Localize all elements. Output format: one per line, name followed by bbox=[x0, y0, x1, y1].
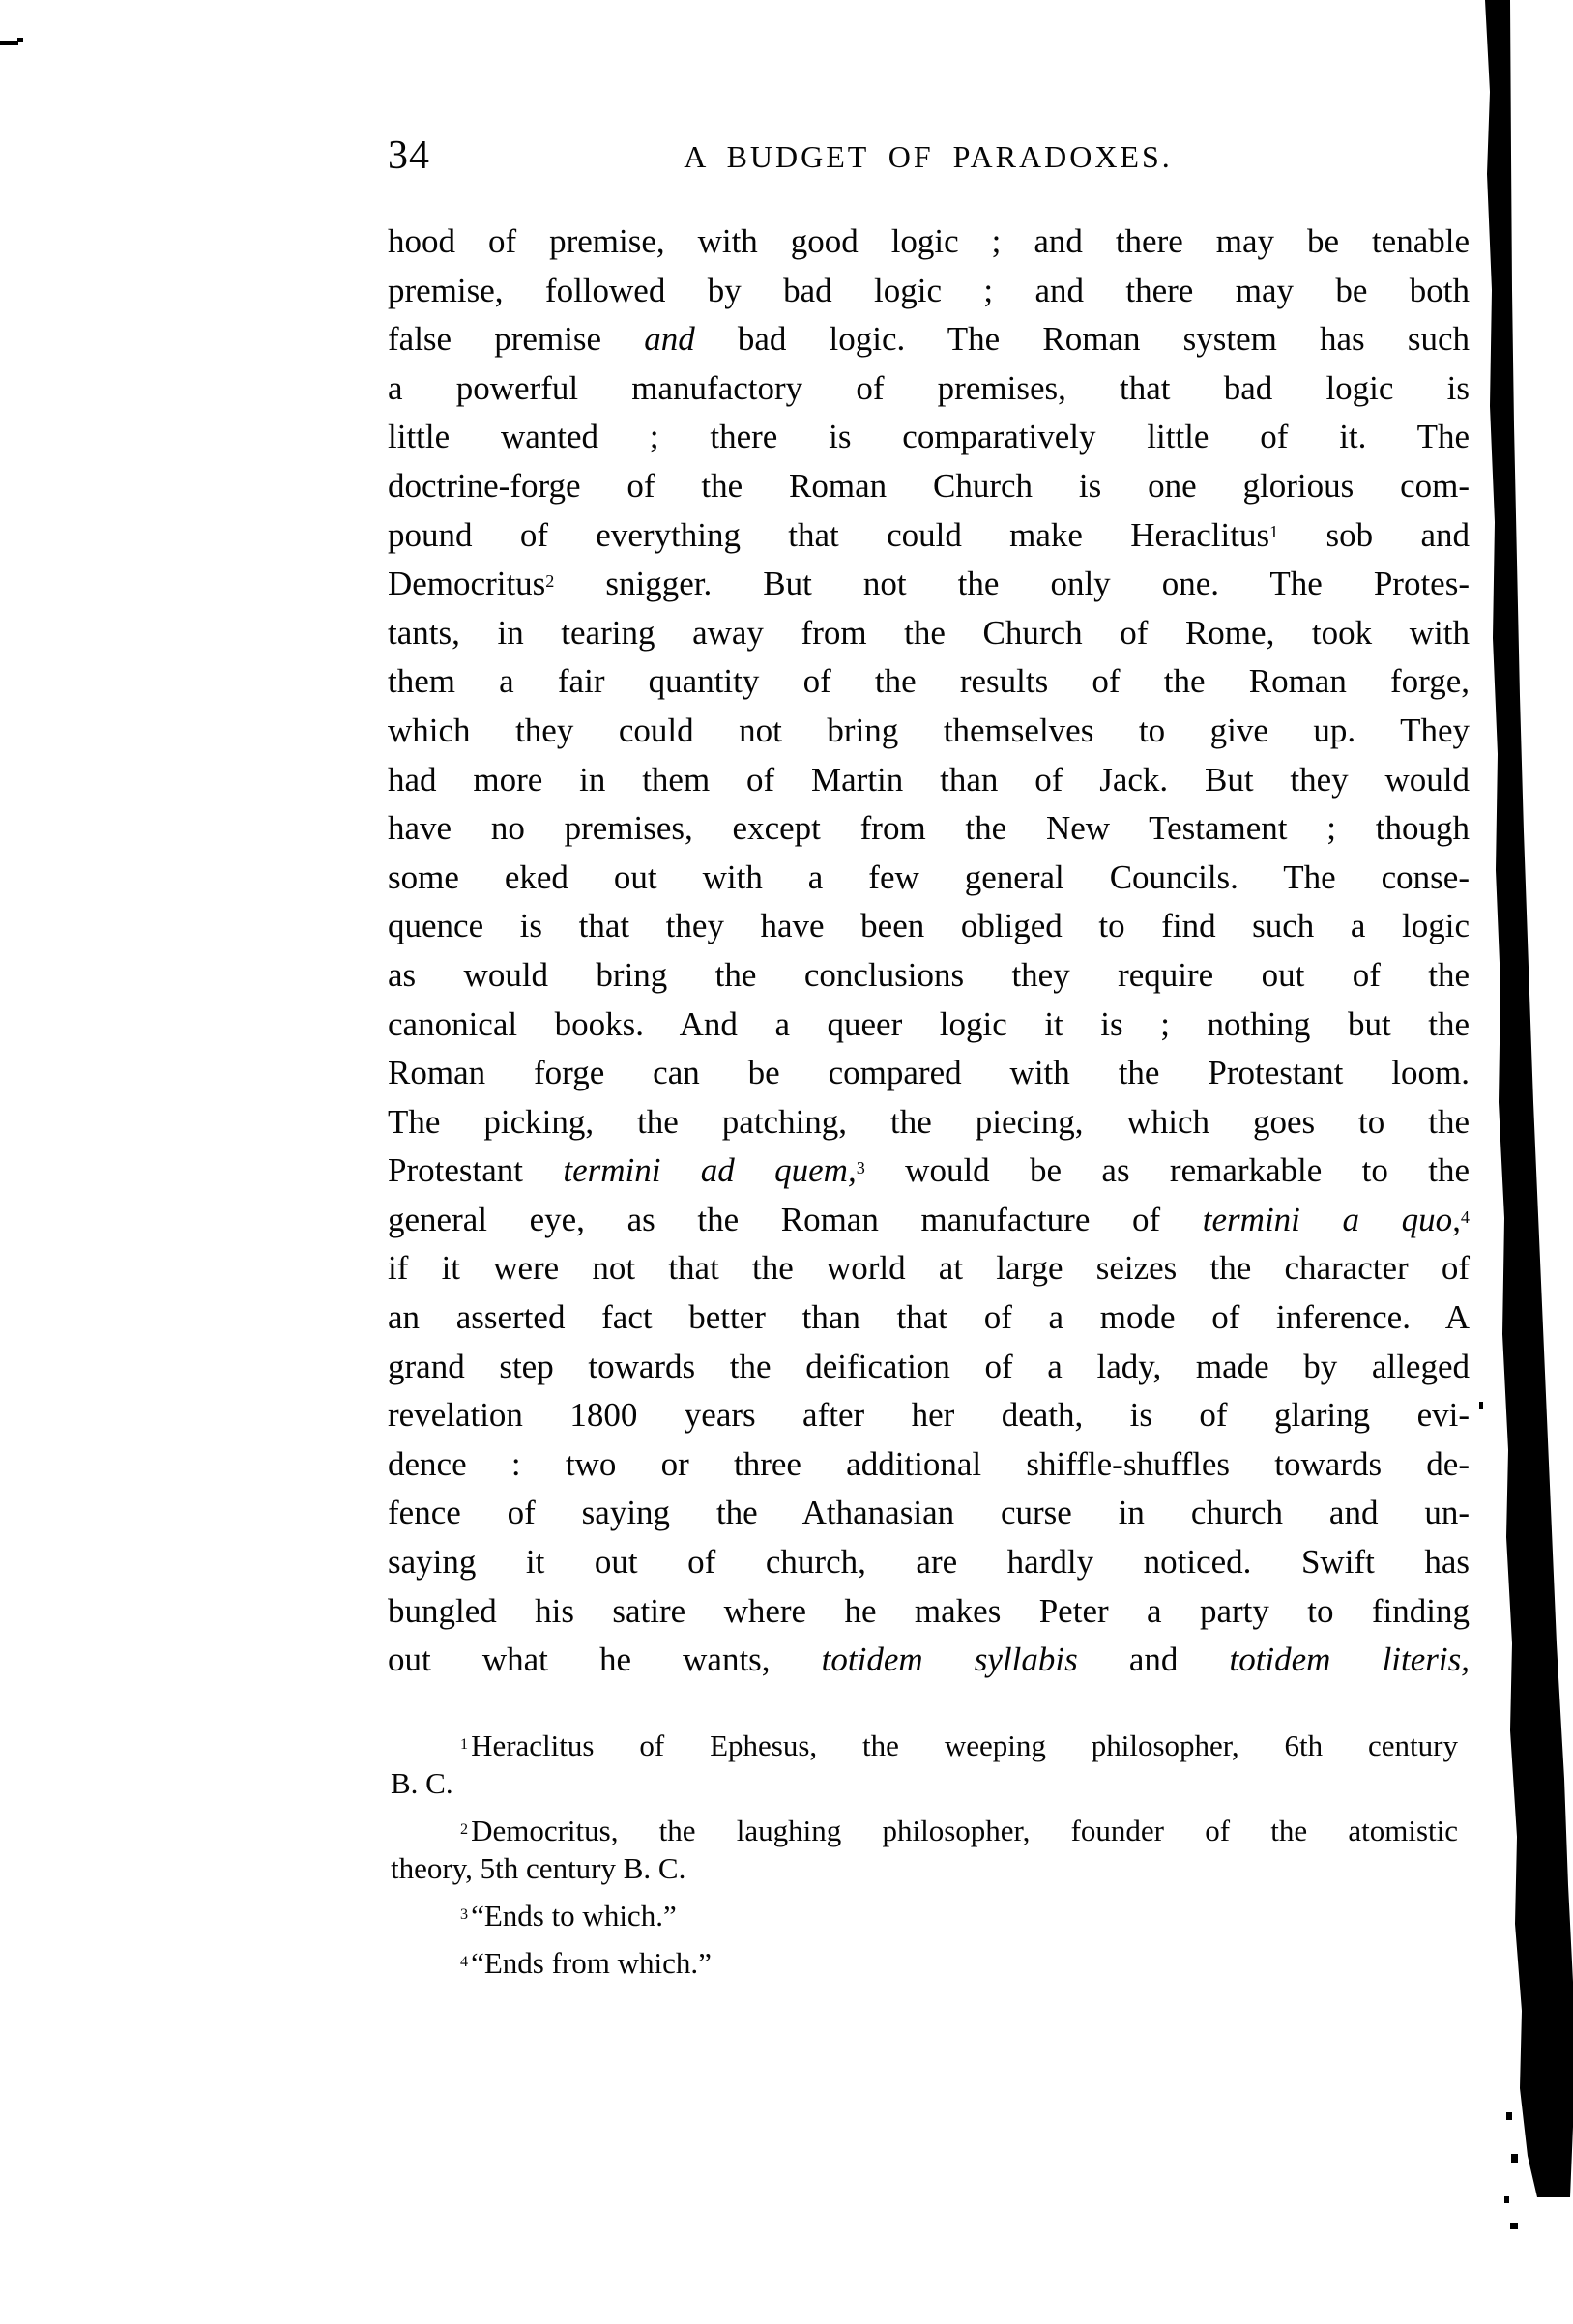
footnote-first-line: 4“Ends from which.” bbox=[391, 1944, 1458, 1982]
body-line: false premise and bad logic. The Roman s… bbox=[388, 315, 1470, 364]
body-line: them a fair quantity of the results of t… bbox=[388, 657, 1470, 707]
footnotes: 1Heraclitus of Ephesus, the weeping phil… bbox=[391, 1727, 1458, 1991]
footnote-first-line: 1Heraclitus of Ephesus, the weeping phil… bbox=[391, 1727, 1458, 1764]
footnote-marker: 4 bbox=[460, 1954, 468, 1970]
body-line: Protestant termini ad quem,3 would be as… bbox=[388, 1147, 1470, 1196]
footnote-second-line: theory, 5th century B. C. bbox=[391, 1849, 1458, 1887]
scan-mark-top-left bbox=[17, 38, 23, 42]
body-line: Roman forge can be compared with the Pro… bbox=[388, 1049, 1470, 1098]
body-line: tants, in tearing away from the Church o… bbox=[388, 609, 1470, 658]
running-header: A BUDGET OF PARADOXES. bbox=[387, 141, 1470, 172]
scan-mark-top-left bbox=[0, 41, 18, 45]
body-line: fence of saying the Athanasian curse in … bbox=[388, 1489, 1470, 1538]
footnote-marker: 3 bbox=[460, 1906, 468, 1923]
footnote: 4“Ends from which.” bbox=[391, 1944, 1458, 1982]
body-line: out what he wants, totidem syllabis and … bbox=[388, 1636, 1470, 1685]
body-line: hood of premise, with good logic ; and t… bbox=[388, 218, 1470, 267]
body-line: pound of everything that could make Hera… bbox=[388, 511, 1470, 561]
footnote-first-line: 3“Ends to which.” bbox=[391, 1897, 1458, 1934]
footnote: 2Democritus, the laughing philosopher, f… bbox=[391, 1812, 1458, 1887]
body-line: a powerful manufactory of premises, that… bbox=[388, 364, 1470, 414]
footnote-marker: 2 bbox=[460, 1821, 468, 1838]
body-text: hood of premise, with good logic ; and t… bbox=[388, 218, 1470, 1685]
scan-gutter-bar bbox=[1485, 0, 1573, 2197]
scan-speck bbox=[1510, 2223, 1518, 2229]
body-line: have no premises, except from the New Te… bbox=[388, 804, 1470, 854]
footnote: 3“Ends to which.” bbox=[391, 1897, 1458, 1934]
body-line: The picking, the patching, the piecing, … bbox=[388, 1098, 1470, 1147]
scan-speck bbox=[1511, 2154, 1518, 2163]
footnote-first-line: 2Democritus, the laughing philosopher, f… bbox=[391, 1812, 1458, 1849]
body-line: saying it out of church, are hardly noti… bbox=[388, 1538, 1470, 1587]
body-line: had more in them of Martin than of Jack.… bbox=[388, 756, 1470, 805]
body-line: bungled his satire where he makes Peter … bbox=[388, 1587, 1470, 1637]
body-line: quence is that they have been obliged to… bbox=[388, 902, 1470, 951]
scanned-book-page: 34 A BUDGET OF PARADOXES. hood of premis… bbox=[0, 0, 1573, 2324]
body-line: doctrine-forge of the Roman Church is on… bbox=[388, 462, 1470, 511]
scan-speck bbox=[1479, 1402, 1483, 1409]
body-line: as would bring the conclusions they requ… bbox=[388, 951, 1470, 1001]
body-line: an asserted fact better than that of a m… bbox=[388, 1293, 1470, 1343]
body-line: if it were not that the world at large s… bbox=[388, 1244, 1470, 1293]
footnote: 1Heraclitus of Ephesus, the weeping phil… bbox=[391, 1727, 1458, 1802]
body-line: canonical books. And a queer logic it is… bbox=[388, 1001, 1470, 1050]
body-line: little wanted ; there is comparatively l… bbox=[388, 413, 1470, 462]
body-line: Democritus2 snigger. But not the only on… bbox=[388, 560, 1470, 609]
body-line: revelation 1800 years after her death, i… bbox=[388, 1391, 1470, 1440]
body-line: some eked out with a few general Council… bbox=[388, 854, 1470, 903]
footnote-marker: 1 bbox=[460, 1736, 468, 1753]
scan-speck bbox=[1504, 2196, 1509, 2203]
body-line: which they could not bring themselves to… bbox=[388, 707, 1470, 756]
body-line: dence : two or three additional shiffle-… bbox=[388, 1440, 1470, 1490]
footnote-second-line: B. C. bbox=[391, 1764, 1458, 1802]
body-line: premise, followed by bad logic ; and the… bbox=[388, 267, 1470, 316]
scan-speck bbox=[1494, 348, 1499, 356]
body-line: general eye, as the Roman manufacture of… bbox=[388, 1196, 1470, 1245]
body-line: grand step towards the deification of a … bbox=[388, 1343, 1470, 1392]
scan-speck bbox=[1506, 2112, 1512, 2120]
